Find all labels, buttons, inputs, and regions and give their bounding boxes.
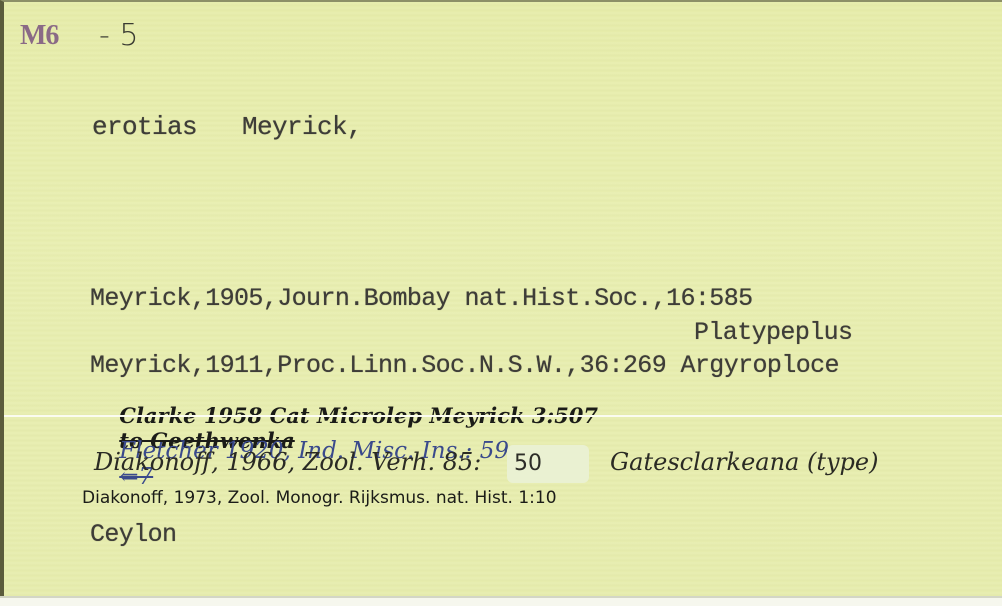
scan-bottom-edge	[0, 596, 1002, 606]
reference-meyrick-1905: Meyrick,1905,Journ.Bombay nat.Hist.Soc.,…	[90, 284, 753, 313]
diakonoff-1966-page: 50	[514, 451, 542, 476]
genus-platypeplus: Platypeplus	[694, 318, 852, 347]
card-number: - 5	[99, 18, 138, 53]
handwritten-diakonoff-1973: Diakonoff, 1973, Zool. Monogr. Rijksmus.…	[82, 488, 557, 508]
collection-stamp: M6	[20, 20, 58, 52]
taxon-name: erotias Meyrick,	[92, 112, 362, 142]
handwritten-gatesclarkeana-type: Gatesclarkeana (type)	[610, 448, 879, 476]
handwritten-diakonoff-1966-prefix: Diakonoff, 1966, Zool. Verh. 85:	[94, 448, 481, 476]
index-card: M6 - 5 erotias Meyrick, Meyrick,1905,Jou…	[0, 0, 1002, 598]
locality: Ceylon	[90, 520, 176, 549]
reference-meyrick-1911: Meyrick,1911,Proc.Linn.Soc.N.S.W.,36:269…	[90, 351, 839, 380]
